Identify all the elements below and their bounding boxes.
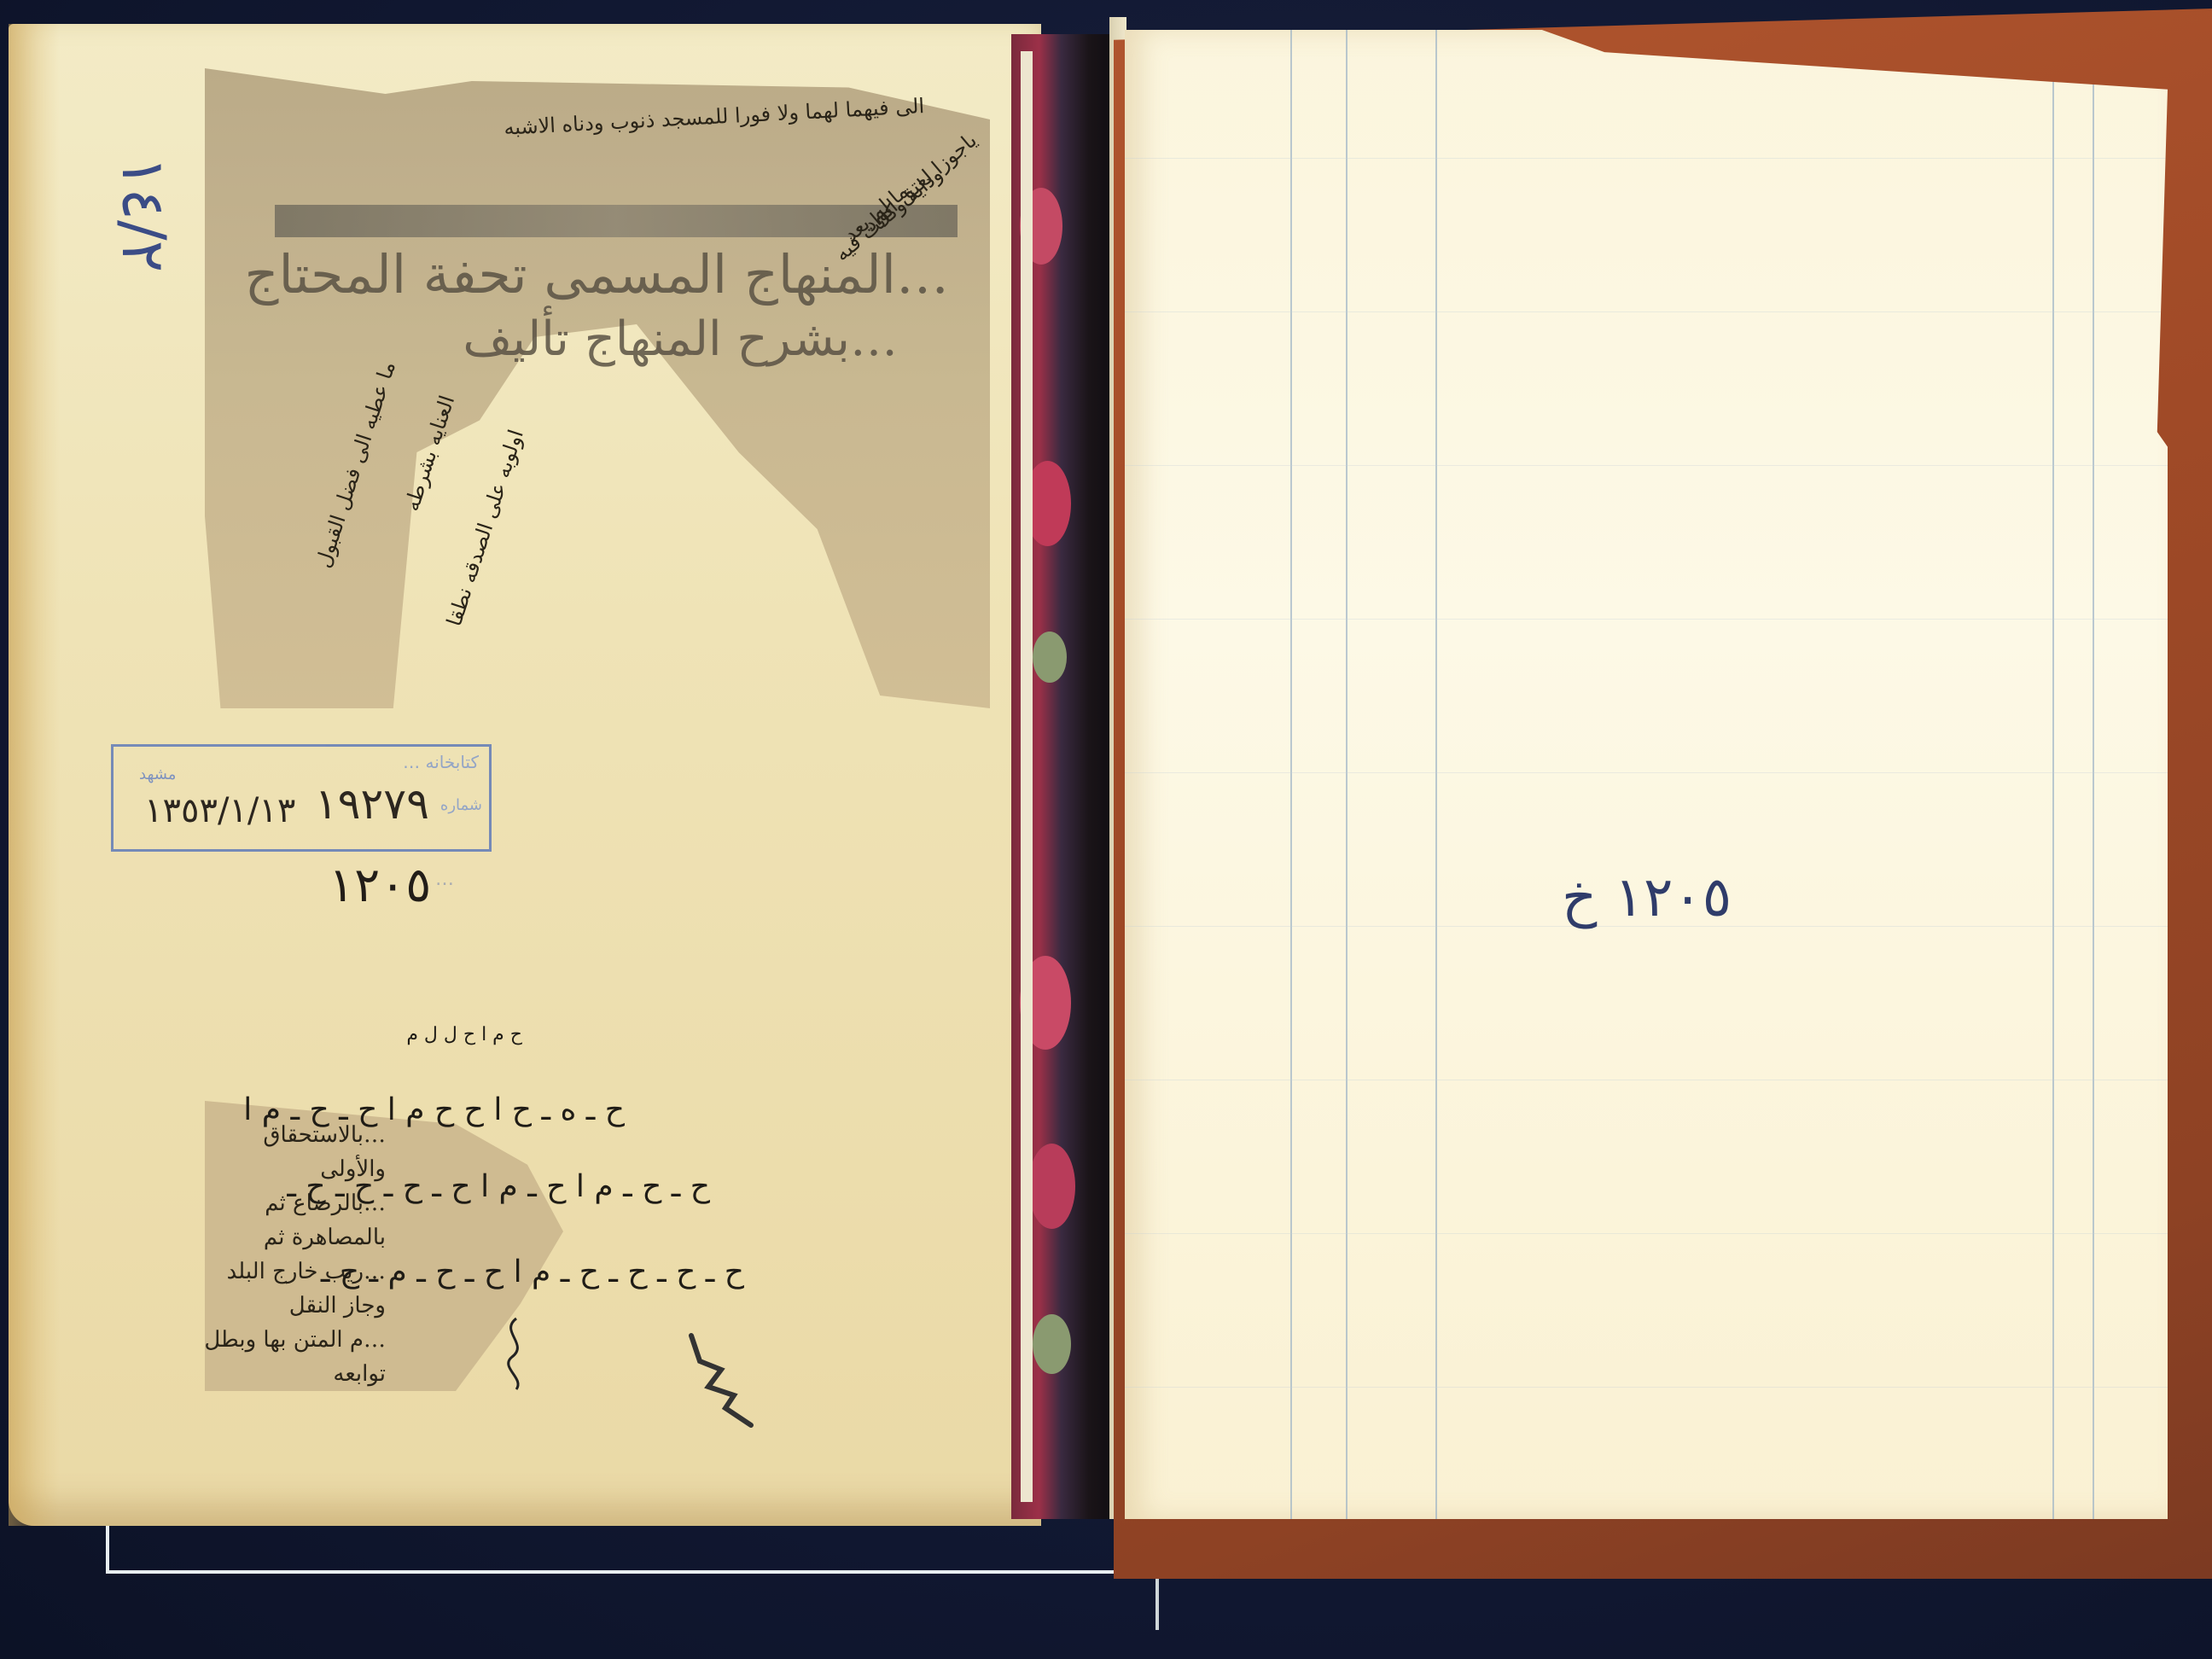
stamp-city: مشهد [139,765,176,783]
ruling-line [1125,619,2168,620]
frame-tick [1155,1570,1159,1630]
floral-pattern [1033,1314,1071,1374]
cipher-line-2: ح ـ ه ـ ح ا ح ح م ا ح ـ ح ـ م ا [243,1092,625,1127]
stamp-number: ١٩٢٧٩ [315,779,429,829]
ink-squiggle [683,1331,768,1434]
library-stamp: کتابخانه … مشهد شماره ١٩٢٧٩ ١٣٥٣/١/١٣ [111,744,492,852]
cipher-line-4: ح ـ ح ـ ح ـ ح ـ م ا ح ـ ح ـ م ـ ح ـ [321,1254,744,1289]
ruling-line [2093,30,2094,1519]
ink-flourish [495,1314,538,1391]
page-number: ١٢٠٥ خ [1562,866,1732,929]
spine-paper-strip [1021,51,1033,1502]
ruling-line [1125,465,2168,466]
ruling-line [1290,30,1292,1519]
call-number: ١٢٠٥ [329,858,431,913]
floral-pattern [1028,1144,1075,1229]
floral-pattern [1033,632,1067,683]
ruling-line [1125,1233,2168,1234]
call-note: … [435,869,454,890]
title-line-2: …بشرح المنهاج تأليف [463,311,898,367]
fragment-line: …م المتن بها وبطل توابعه [198,1323,386,1391]
ruling-line [1346,30,1348,1519]
ruling-line [2052,30,2054,1519]
stamp-date: ١٣٥٣/١/١٣ [144,791,295,830]
cipher-line-3: ح ـ ح ـ م ا ح ـ م ا ح ـ ح ـ ح ـ ح ـ [287,1169,710,1204]
right-page [1125,30,2168,1519]
ruling-line [1125,1387,2168,1388]
ruling-line [1125,772,2168,773]
cipher-line-1: ح م ا ح ل ل م [406,1024,522,1045]
page-edge-stain [9,24,60,1526]
ruling-line [1125,158,2168,159]
margin-pencil-note: ١٤/٢ [108,156,178,272]
ruling-line [1125,1080,2168,1080]
ruling-line [1125,311,2168,312]
stamp-number-label: شماره [440,796,482,814]
ruling-line [1435,30,1437,1519]
stamp-library-label: کتابخانه … [403,752,479,772]
